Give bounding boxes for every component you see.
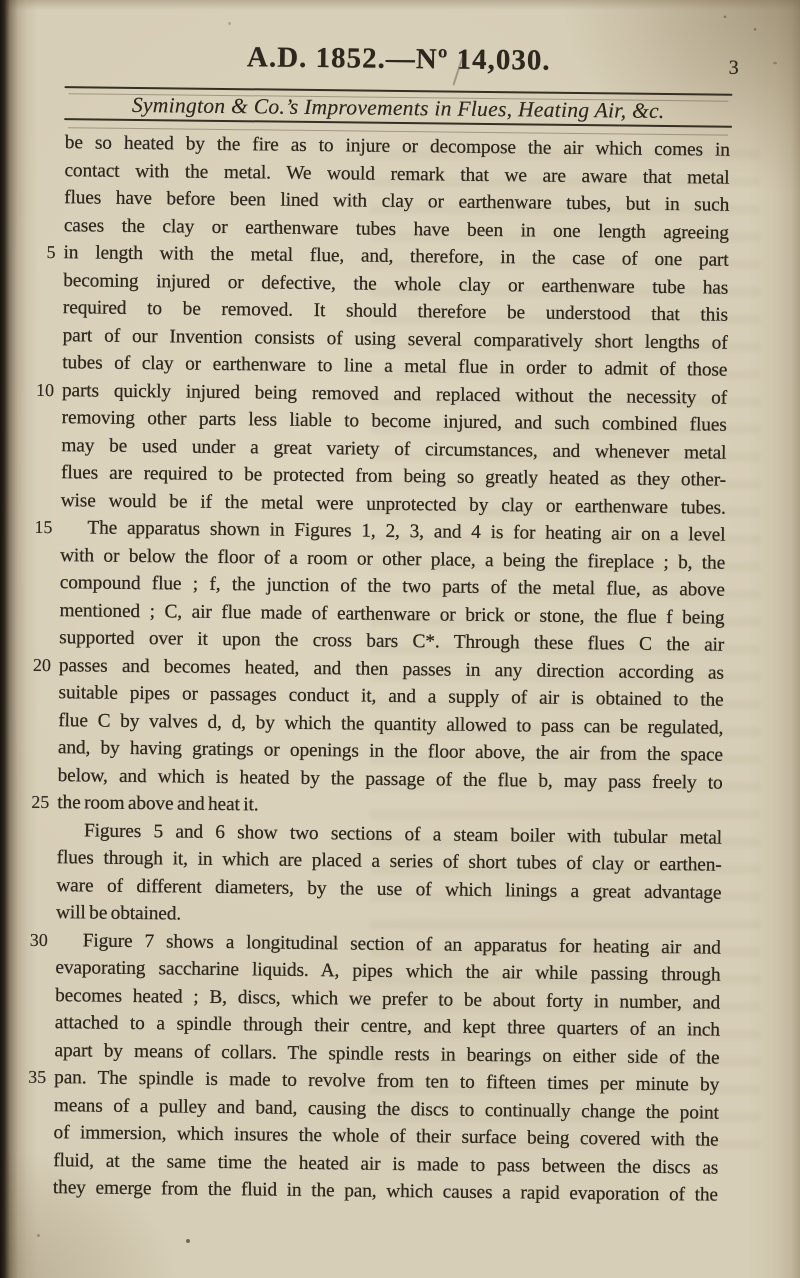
patent-reference: A.D. 1852.—Nº 14,030. [65,39,733,80]
line-number [5,156,56,184]
line-number [0,981,47,1009]
line-number [0,1008,47,1036]
line-number [0,843,49,871]
line-number [0,871,49,899]
line-number [3,403,54,431]
line-number [0,1036,47,1064]
line-number [0,1146,45,1174]
line-number: 35 [0,1063,46,1091]
line-number [0,761,50,789]
scanned-patent-page: A.D. 1852.—Nº 14,030. 3 Symington & Co.’… [0,0,800,1278]
paper-speck [37,1234,40,1237]
line-number [0,1173,45,1201]
line-number [0,678,51,706]
line-number [3,348,54,376]
line-number [0,623,51,651]
line-number [2,486,53,514]
line-number [4,293,55,321]
paper-speck [228,22,231,25]
line-number [5,183,56,211]
line-number [0,953,48,981]
line-number [5,211,56,239]
line-number [0,1118,46,1146]
line-number [0,1091,46,1119]
line-number [0,898,48,926]
printed-block: A.D. 1852.—Nº 14,030. 3 Symington & Co.’… [0,0,800,1278]
line-number [6,128,57,156]
line-number [0,733,50,761]
line-number: 15 [1,513,52,541]
line-number: 10 [3,376,54,404]
line-number [4,266,55,294]
line-number [2,458,53,486]
line-number [4,321,55,349]
line-number [1,568,52,596]
line-number [0,816,49,844]
document-body: be so heated by the fire as to injure or… [0,128,800,1210]
line-number [2,431,53,459]
line-number: 20 [0,651,51,679]
paper-speck [186,1239,190,1243]
page-number: 3 [719,57,749,80]
line-number: 5 [4,238,55,266]
line-number: 25 [0,788,50,816]
line-number [0,706,50,734]
line-number [1,541,52,569]
line-number [0,596,51,624]
line-number: 30 [0,926,48,954]
